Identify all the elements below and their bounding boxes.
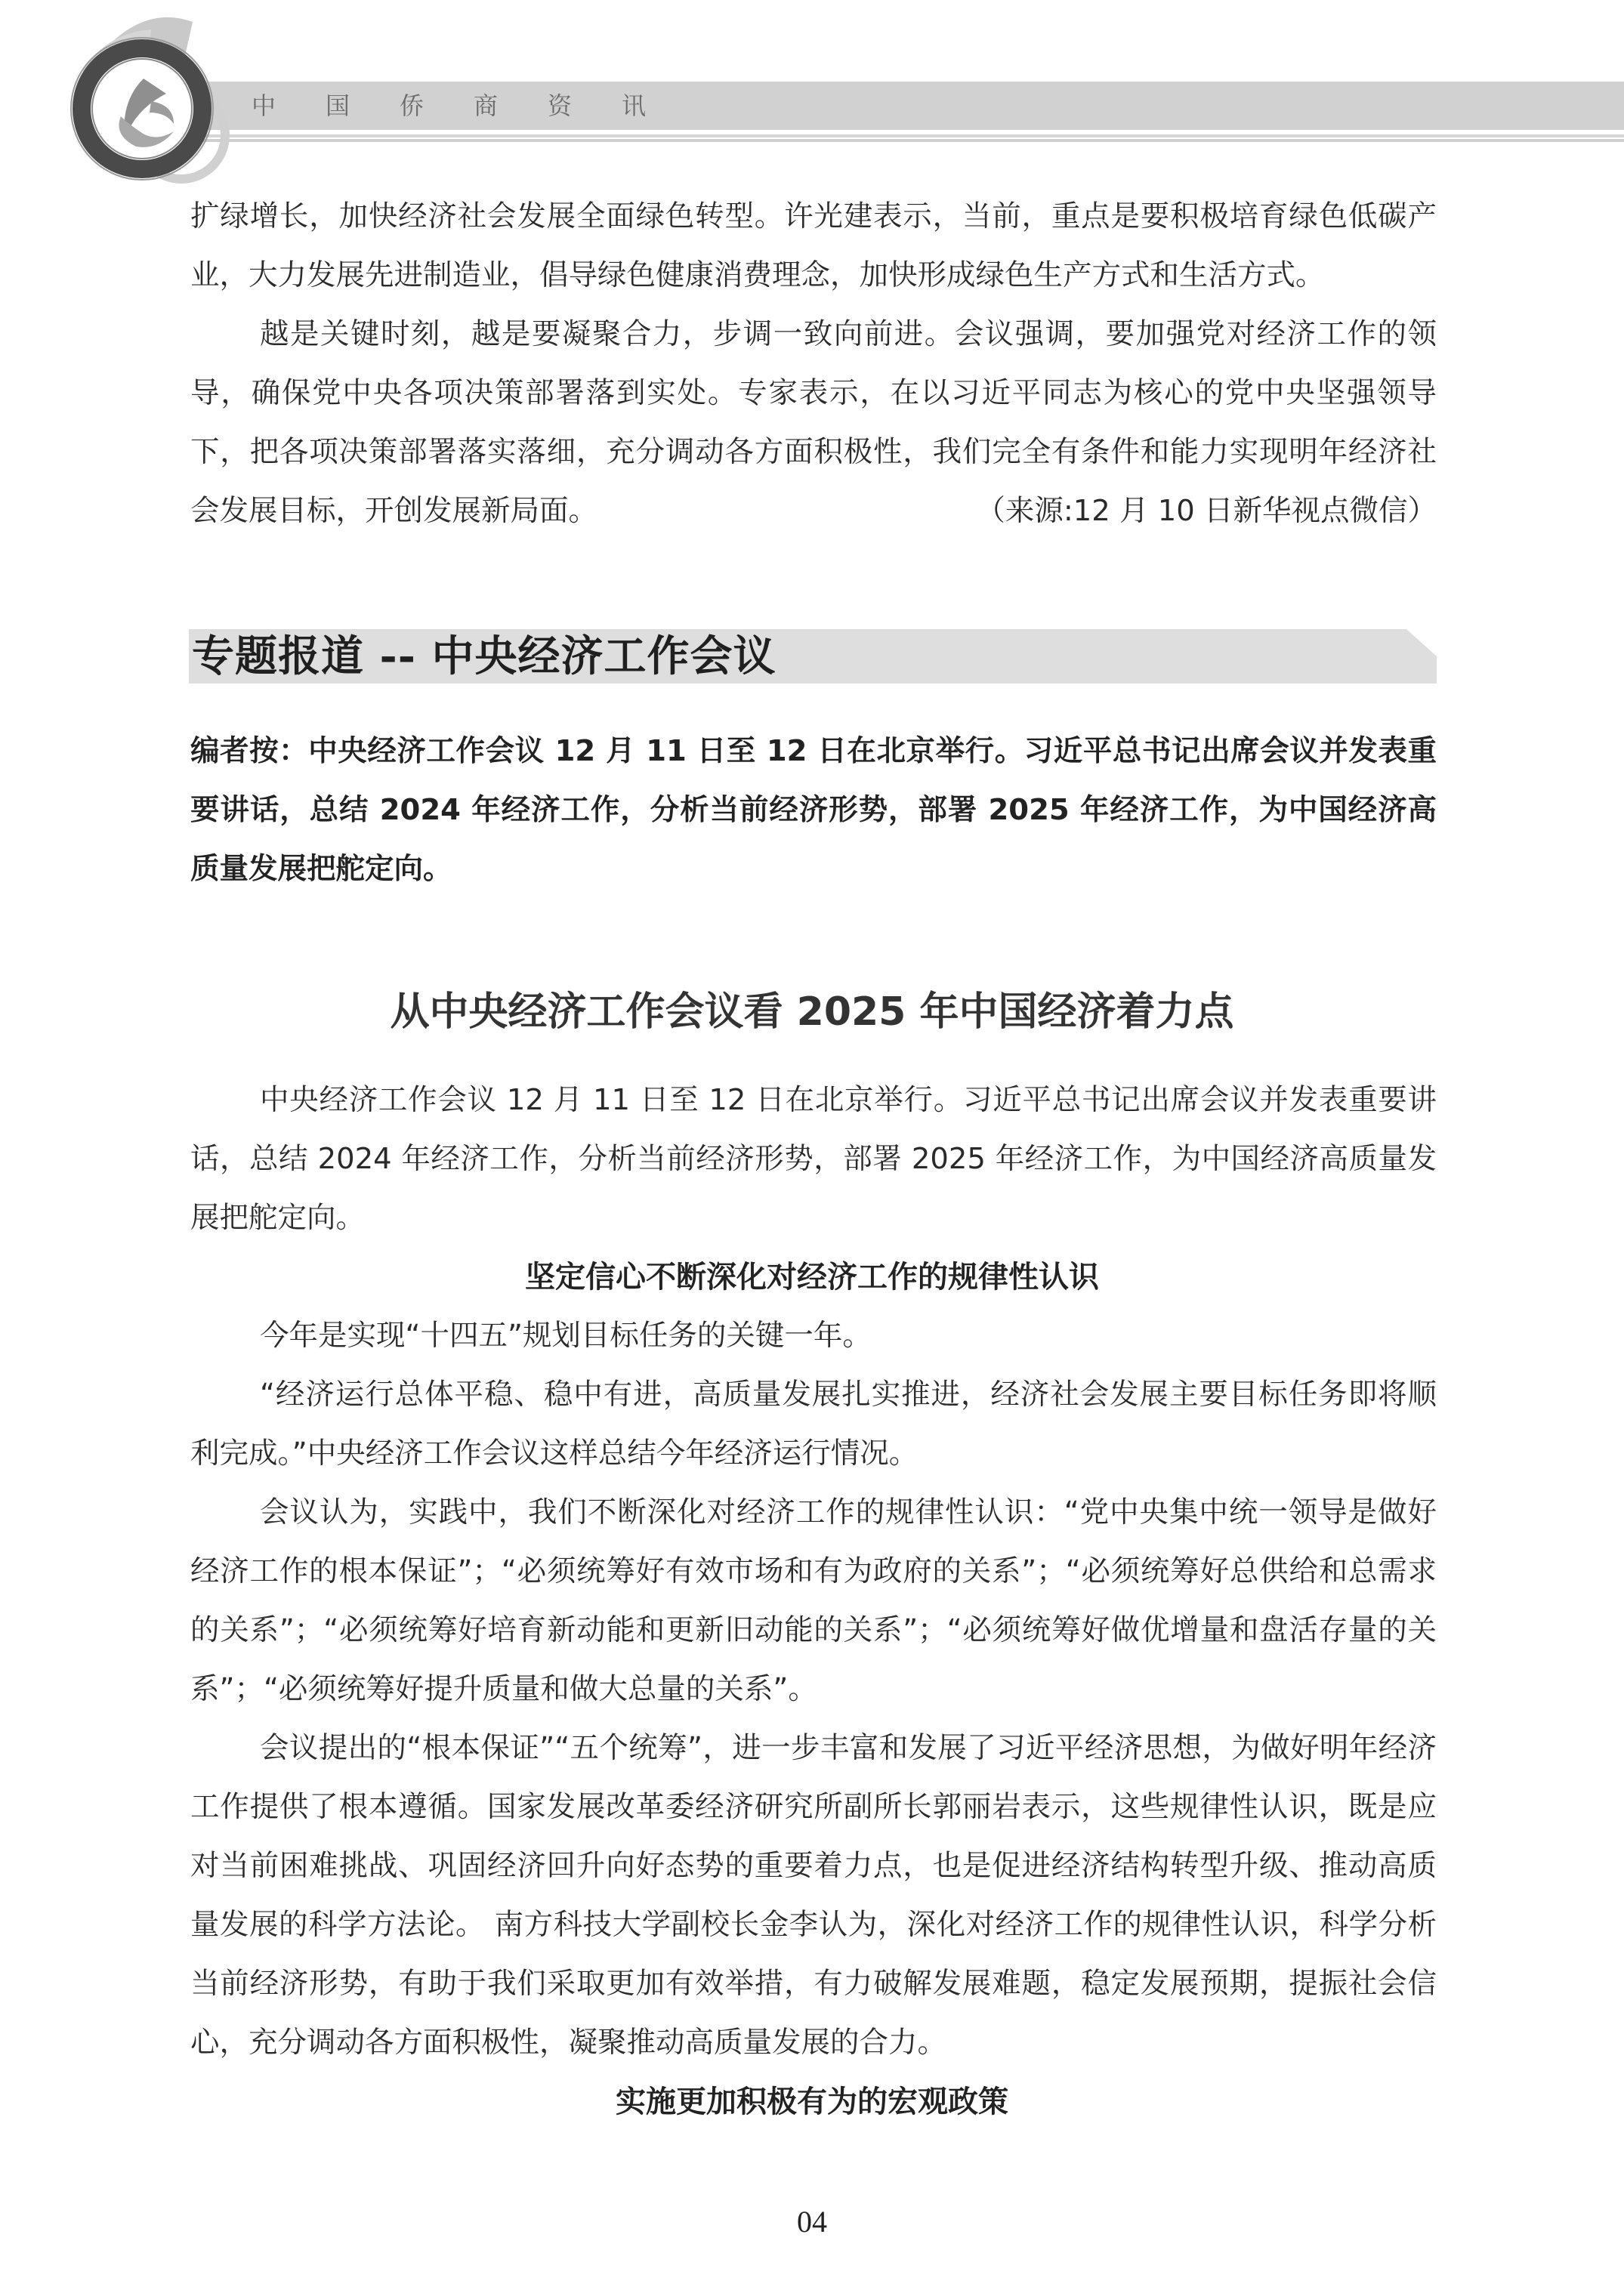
body-paragraph: 今年是实现“十四五”规划目标任务的关键一年。 — [190, 1307, 1437, 1366]
article-intro: 中央经济工作会议 12 月 11 日至 12 日在北京举行。习近平总书记出席会议… — [190, 1071, 1437, 1248]
body-paragraph: 扩绿增长，加快经济社会发展全面绿色转型。许光建表示，当前，重点是要积极培育绿色低… — [190, 187, 1437, 305]
article-subhead: 实施更加积极有为的宏观政策 — [0, 2072, 1624, 2131]
body-paragraph: 会议提出的“根本保证”“五个统筹”，进一步丰富和发展了习近平经济思想，为做好明年… — [190, 1719, 1437, 2072]
publication-title: 中国侨商资讯 — [252, 89, 696, 122]
body-paragraph: “经济运行总体平稳、稳中有进，高质量发展扎实推进，经济社会发展主要目标任务即将顺… — [190, 1366, 1437, 1483]
header-divider — [110, 134, 1624, 137]
article-subhead: 坚定信心不断深化对经济工作的规律性认识 — [0, 1248, 1624, 1307]
section-banner-title: 专题报道 -- 中央经济工作会议 — [192, 629, 776, 684]
page-number: 04 — [0, 2204, 1624, 2239]
body-paragraph: 会议认为，实践中，我们不断深化对经济工作的规律性认识：“党中央集中统一领导是做好… — [190, 1483, 1437, 1719]
body-paragraph: 越是关键时刻，越是要凝聚合力，步调一致向前进。会议强调，要加强党对经济工作的领导… — [190, 305, 1437, 541]
article-title: 从中央经济工作会议看 2025 年中国经济着力点 — [0, 982, 1624, 1042]
editor-note: 编者按：中央经济工作会议 12 月 11 日至 12 日在北京举行。习近平总书记… — [190, 722, 1437, 899]
header-divider — [110, 139, 1624, 142]
source-credit: （来源:12 月 10 日新华视点微信） — [906, 482, 1437, 541]
association-emblem-icon — [60, 11, 234, 184]
